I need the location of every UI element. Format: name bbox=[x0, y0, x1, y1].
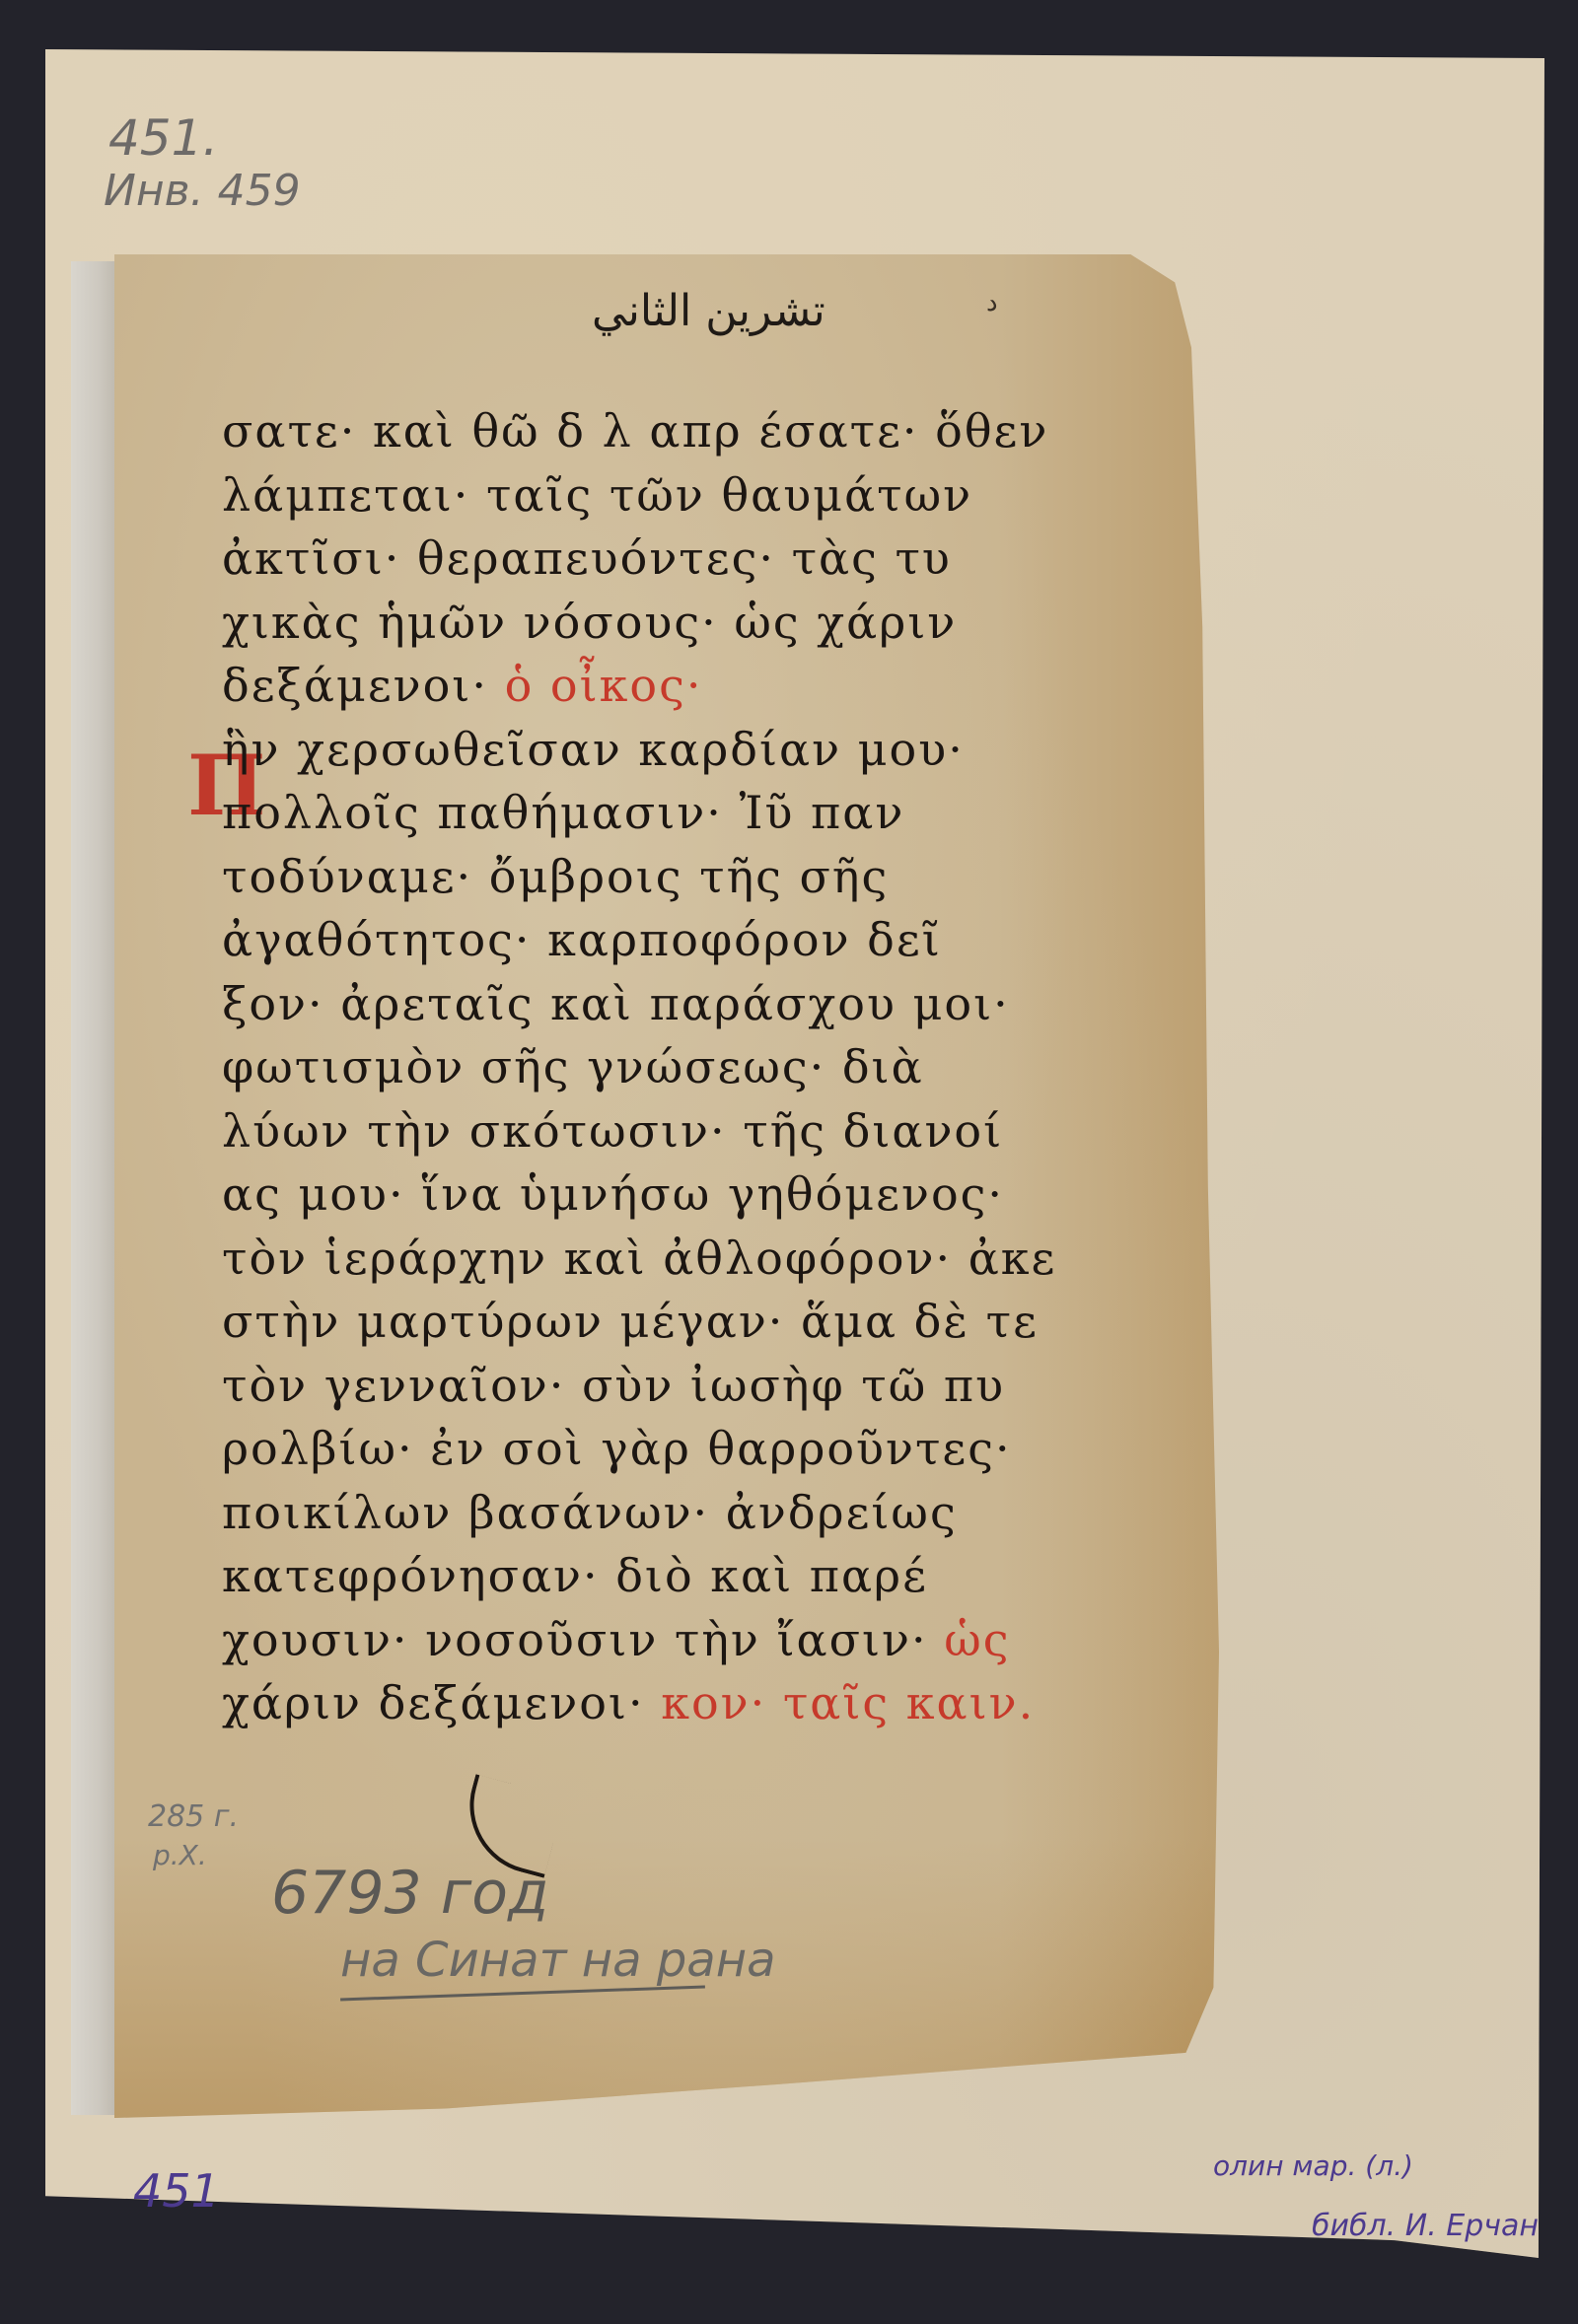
text-line: λύων τὴν σκότωσιν· τῆς διανοί bbox=[222, 1099, 1110, 1163]
text-line-black: λύων τὴν σκότωσιν· τῆς διανοί bbox=[222, 1104, 1003, 1158]
year-note: 6793 год bbox=[271, 1859, 548, 1928]
text-line-black: ἀκτῖσι· θεραπευόντες· τὰς τυ bbox=[222, 531, 952, 585]
text-line-rubric: ὡς bbox=[928, 1613, 1011, 1666]
folio-number-bottom: 451 bbox=[133, 2164, 220, 2218]
text-line-black: πολλοῖς παθήμασιν· Ἰῦ παν bbox=[222, 786, 904, 839]
text-line: λάμπεται· ταῖς τῶν θαυμάτων bbox=[222, 463, 1110, 528]
text-line-black: ἀγαθότητος· καρποφόρον δεῖ bbox=[222, 913, 942, 966]
text-line-black: τοδύναμε· ὄμβροις τῆς σῆς bbox=[222, 850, 889, 903]
text-line: πολλοῖς παθήμασιν· Ἰῦ παν bbox=[222, 781, 1110, 845]
text-line: κατεφρόνησαν· διὸ καὶ παρέ bbox=[222, 1544, 1110, 1608]
text-line: ξον· ἀρεταῖς καὶ παράσχου μοι· bbox=[222, 972, 1110, 1036]
inventory-number: Инв. 459 bbox=[104, 170, 301, 213]
text-line-black: χουσιν· νοσοῦσιν τὴν ἴασιν· bbox=[222, 1613, 928, 1666]
text-line: χουσιν· νοσοῦσιν τὴν ἴασιν· ὡς bbox=[222, 1608, 1110, 1672]
text-line-black: ποικίλων βασάνων· ἀνδρείως bbox=[222, 1486, 958, 1539]
text-line: σατε· καὶ θῶ δ λ απρ έσατε· ὅθεν bbox=[222, 399, 1110, 463]
text-line-black: δεξάμενοι· bbox=[222, 659, 488, 712]
text-line-black: τὸν γενναῖον· σὺν ἰωσὴφ τῶ πυ bbox=[222, 1359, 1005, 1412]
text-line: τοδύναμε· ὄμβροις τῆς σῆς bbox=[222, 845, 1110, 909]
text-line: τὸν γενναῖον· σὺν ἰωσὴφ τῶ πυ bbox=[222, 1354, 1110, 1418]
text-line: ἀγαθότητος· καρποφόρον δεῖ bbox=[222, 908, 1110, 972]
text-line: ας μου· ἵνα ὑμνήσω γηθόμενος· bbox=[222, 1162, 1110, 1227]
text-line-black: στὴν μαρτύρων μέγαν· ἅμα δὲ τε bbox=[222, 1295, 1039, 1348]
text-line: δεξάμενοι· ὁ οἶκος· bbox=[222, 654, 1110, 718]
text-line: χάριν δεξάμενοι· κον· ταῖς καιν. bbox=[222, 1671, 1110, 1735]
bottom-right-note-line1: олин мар. (л.) bbox=[1213, 2149, 1413, 2182]
text-line-rubric: κον· ταῖς καιν. bbox=[645, 1676, 1036, 1729]
bottom-right-note-line2: библ. И. Ерчан bbox=[1312, 2209, 1539, 2243]
text-line: ἣν χερσωθεῖσαν καρδίαν μου· bbox=[222, 718, 1110, 782]
text-line: ἀκτῖσι· θεραπευόντες· τὰς τυ bbox=[222, 527, 1110, 591]
text-line-black: λάμπεται· ταῖς τῶν θαυμάτων bbox=[222, 468, 972, 522]
text-line: ποικίλων βασάνων· ἀνδρείως bbox=[222, 1481, 1110, 1545]
text-line-black: ἣν χερσωθεῖσαν καρδίαν μου· bbox=[222, 723, 965, 776]
text-line-black: φωτισμὸν σῆς γνώσεως· διὰ bbox=[222, 1040, 924, 1093]
place-note: на Синат на рана bbox=[340, 1933, 776, 1988]
text-line: τὸν ἱεράρχην καὶ ἀθλοφόρον· ἀκε bbox=[222, 1227, 1110, 1291]
margin-date-note: 285 г. bbox=[148, 1799, 239, 1834]
text-line-black: ρολβίω· ἐν σοὶ γὰρ θαρροῦντες· bbox=[222, 1422, 1012, 1475]
text-line-black: σατε· καὶ θῶ δ λ απρ έσατε· ὅθεν bbox=[222, 404, 1048, 458]
hinge-tape bbox=[71, 261, 116, 2115]
text-line-black: τὸν ἱεράρχην καὶ ἀθλοφόρον· ἀκε bbox=[222, 1232, 1056, 1285]
text-line-black: κατεφρόνησαν· διὸ καὶ παρέ bbox=[222, 1549, 928, 1602]
text-line: φωτισμὸν σῆς γνώσεως· διὰ bbox=[222, 1035, 1110, 1099]
shelfmark-number: 451. bbox=[108, 113, 218, 163]
text-line-black: ας μου· ἵνα ὑμνήσω γηθόμενος· bbox=[222, 1167, 1004, 1221]
margin-era-note: р.Х. bbox=[153, 1839, 207, 1871]
text-line-rubric: ὁ οἶκος· bbox=[488, 659, 703, 712]
text-line: ρολβίω· ἐν σοὶ γὰρ θαρροῦντες· bbox=[222, 1417, 1110, 1481]
text-line: στὴν μαρτύρων μέγαν· ἅμα δὲ τε bbox=[222, 1290, 1110, 1354]
greek-text-block: σατε· καὶ θῶ δ λ απρ έσατε· ὅθενλάμπεται… bbox=[222, 399, 1110, 1735]
text-line-black: χάριν δεξάμενοι· bbox=[222, 1676, 645, 1729]
text-line-black: ξον· ἀρεταῖς καὶ παράσχου μοι· bbox=[222, 977, 1010, 1030]
text-line-black: χικὰς ἡμῶν νόσους· ὡς χάριν bbox=[222, 596, 957, 649]
text-line: χικὰς ἡμῶν νόσους· ὡς χάριν bbox=[222, 591, 1110, 655]
arabic-mark: د bbox=[986, 288, 998, 317]
arabic-heading: تشرين الثاني bbox=[592, 286, 825, 336]
